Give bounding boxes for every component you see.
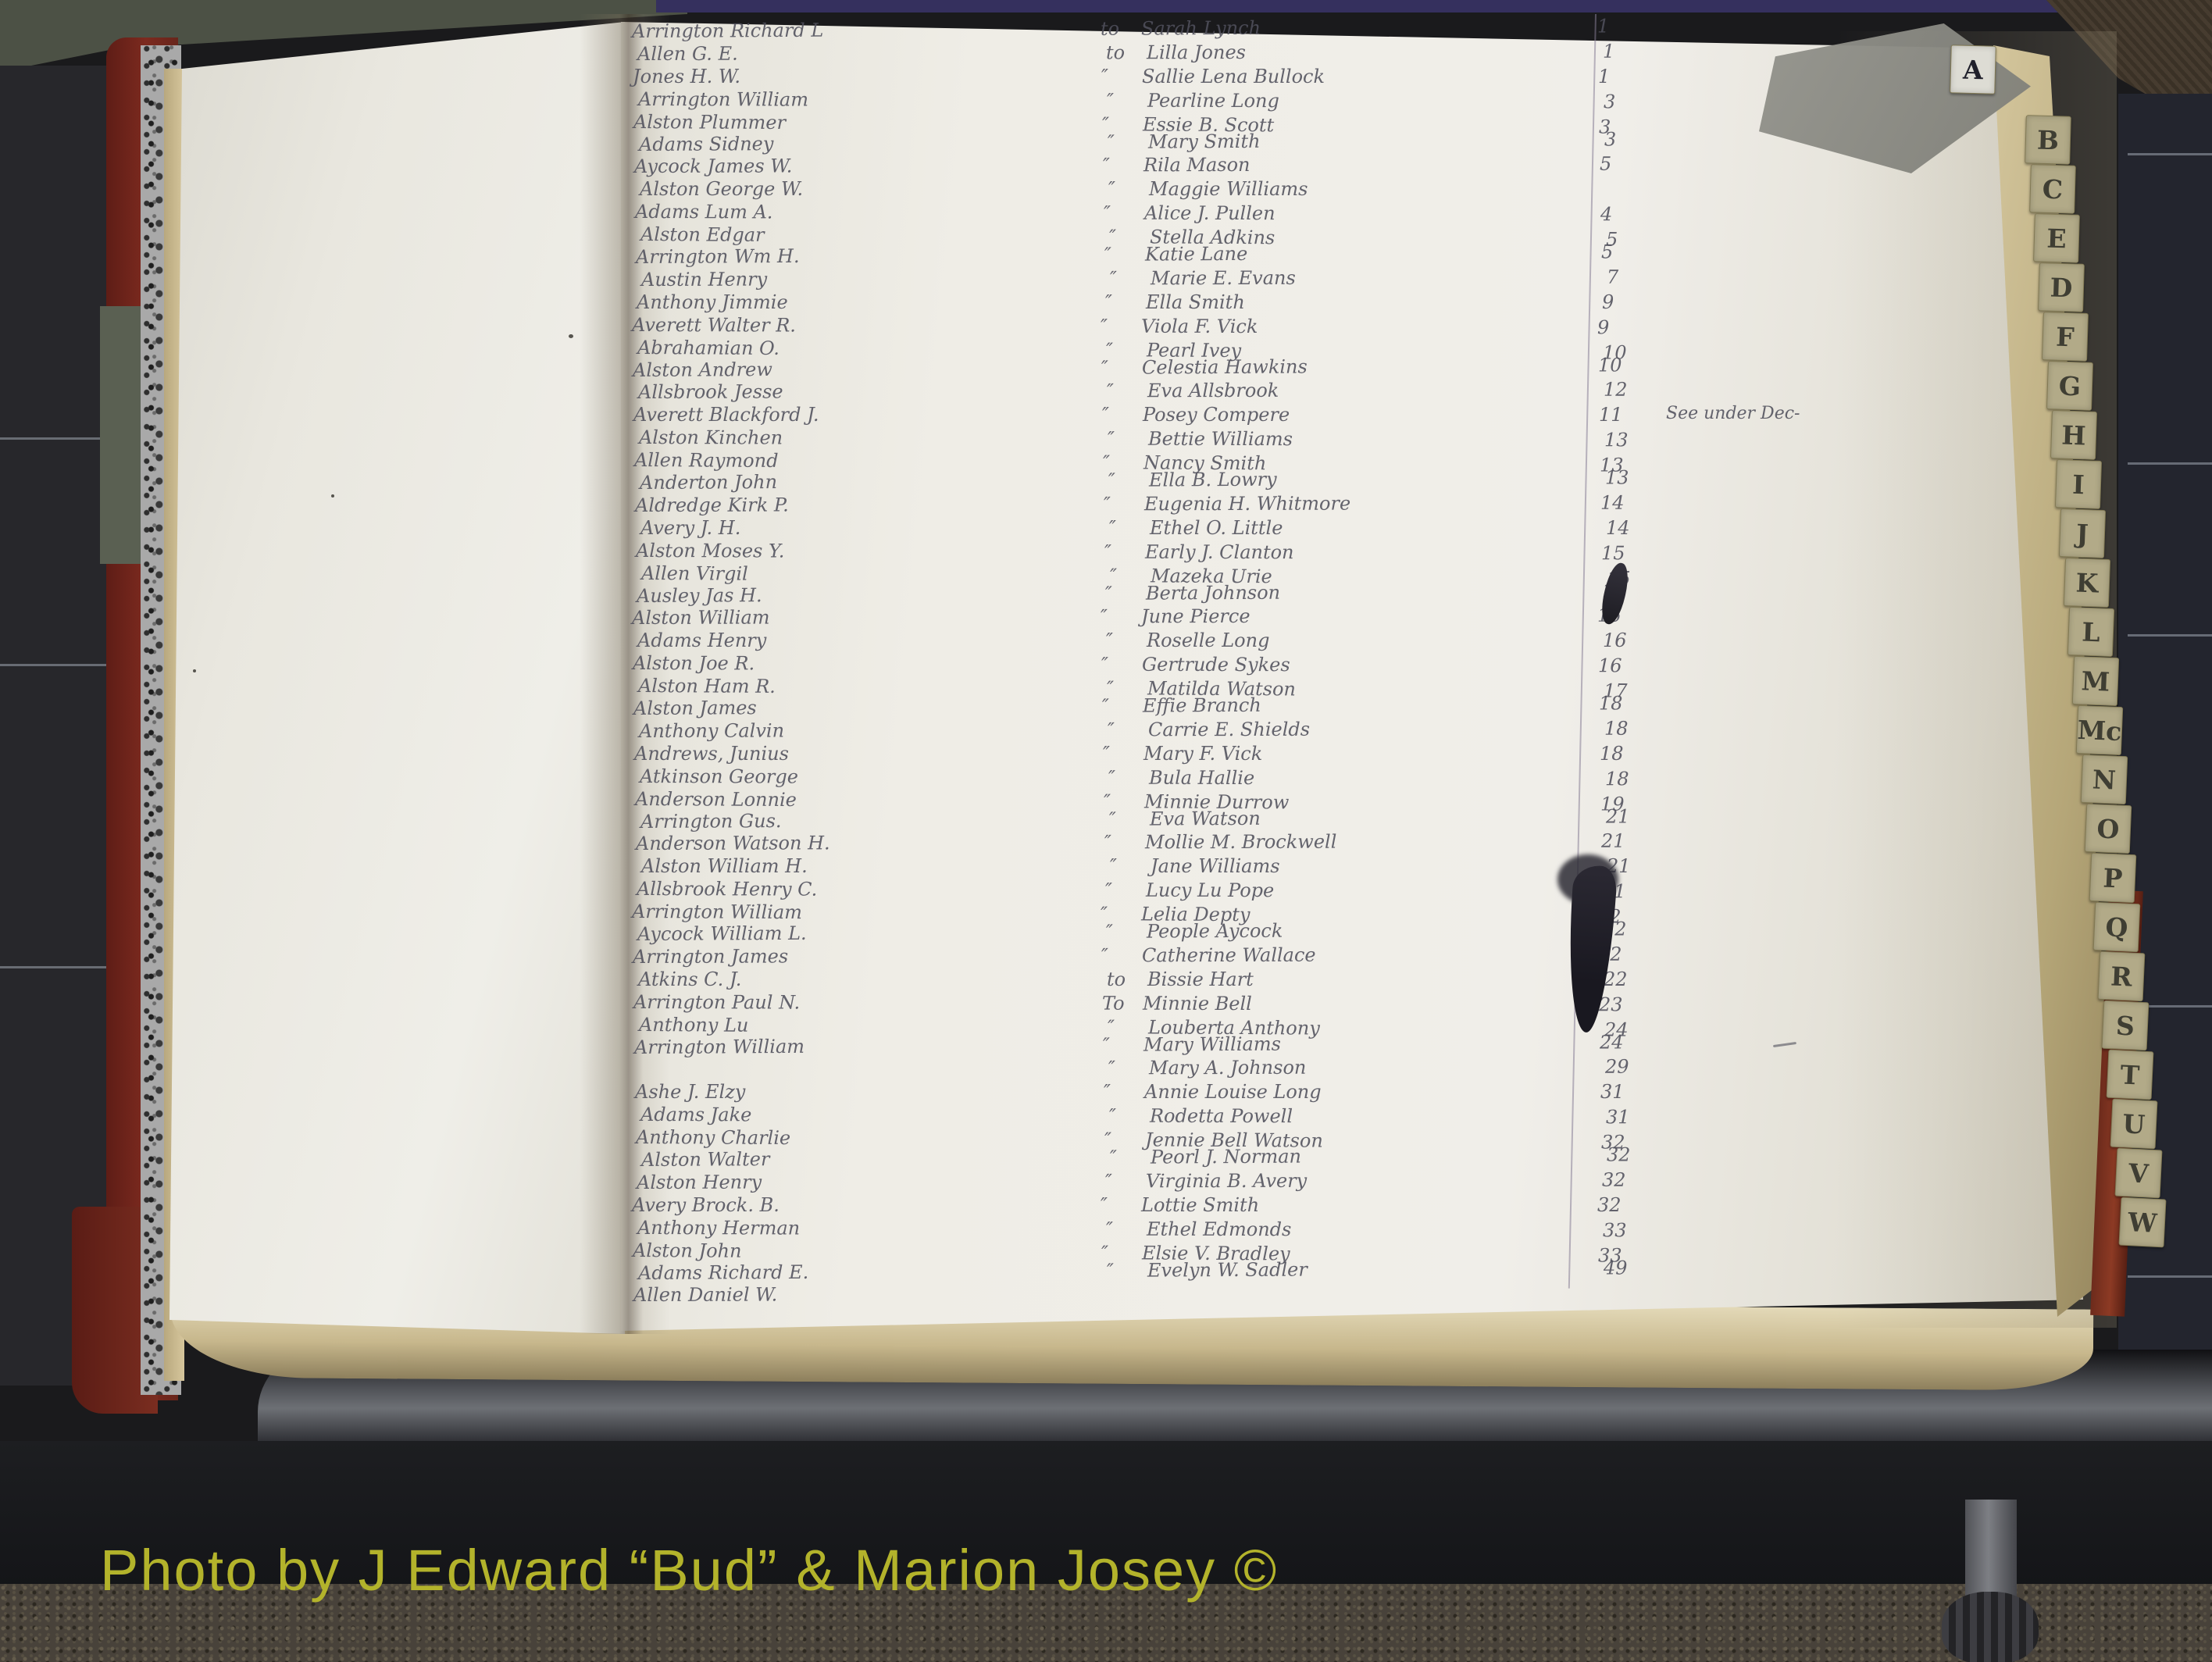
ditto-mark: ″ (1110, 855, 1145, 877)
groom-name: Alston James (633, 695, 1090, 719)
row-note (1671, 91, 2108, 91)
ditto-mark: ″ (1107, 380, 1142, 402)
bride-name: Bula Hallie (1149, 766, 1594, 789)
page-number: 9 (1602, 291, 1664, 313)
page-number: 23 (1599, 993, 1661, 1015)
groom-name: Anderton John (640, 469, 1097, 494)
row-note (1668, 542, 2106, 543)
ditto-mark: ″ (1106, 921, 1141, 943)
row-note (1672, 768, 2110, 769)
bride-name: Lottie Smith (1141, 1194, 1586, 1216)
page-number: 14 (1606, 517, 1668, 539)
ditto-mark: ″ (1104, 832, 1140, 854)
page-number: 4 (1600, 203, 1663, 225)
ditto-mark: ″ (1104, 244, 1140, 266)
bride-name: Posey Compere (1143, 404, 1588, 426)
row-note (1671, 126, 2109, 128)
row-note (1666, 690, 2103, 692)
row-note (1665, 1245, 2103, 1247)
row-note (1667, 1029, 2104, 1031)
page-number: 24 (1600, 1031, 1662, 1053)
groom-name: Averett Walter R. (632, 314, 1089, 337)
bride-name: Carrie E. Shields (1148, 718, 1593, 740)
ditto-mark: ″ (1103, 155, 1138, 177)
ditto-mark: ″ (1102, 404, 1137, 426)
ditto-mark: ″ (1108, 766, 1143, 788)
page-number: 13 (1604, 429, 1667, 451)
bride-name: Mary F. Vick (1143, 743, 1589, 765)
paper-speck (569, 334, 573, 338)
ditto-mark: ″ (1108, 428, 1143, 450)
groom-name: Arrington Gus. (640, 808, 1097, 832)
bride-name: Ethel O. Little (1150, 517, 1595, 539)
row-note (1674, 568, 2111, 570)
row-note (1669, 1168, 2107, 1168)
row-note (1668, 1132, 2106, 1134)
bride-name: Alice J. Pullen (1144, 202, 1589, 225)
page-number: 31 (1600, 1081, 1663, 1103)
ditto-mark: ″ (1106, 1218, 1141, 1239)
page-number: 5 (1600, 153, 1662, 175)
ditto-mark: ″ (1109, 808, 1144, 829)
groom-name: Arrington Wm H. (636, 244, 1093, 268)
bride-name: Virginia B. Avery (1146, 1169, 1591, 1192)
bride-name: Lilla Jones (1147, 41, 1592, 63)
page-number: 15 (1601, 542, 1664, 564)
groom-name: Alston William H. (641, 855, 1098, 877)
row-note (1669, 881, 2107, 882)
bride-name: Celestia Hawkins (1142, 354, 1587, 378)
ditto-mark: to (1107, 968, 1142, 990)
bride-name: Eva Allsbrook (1147, 379, 1593, 401)
ditto-mark: ″ (1101, 944, 1136, 966)
bride-name: Mary Smith (1148, 128, 1593, 152)
row-note (1664, 12, 2102, 15)
ditto-mark: ″ (1108, 178, 1143, 200)
row-note (1671, 1019, 2109, 1022)
panel-slat-line (0, 664, 108, 666)
groom-name: Adams Lum A. (635, 201, 1092, 224)
groom-name: Allsbrook Jesse (638, 380, 1095, 404)
ditto-mark: ″ (1101, 356, 1136, 378)
page-number: 21 (1606, 805, 1668, 827)
groom-name: Arrington Richard L (632, 18, 1089, 42)
book-cover-cloth (100, 306, 141, 564)
groom-name: Aldredge Kirk P. (635, 493, 1092, 516)
panel-slat-line (2128, 153, 2212, 155)
ditto-mark: ″ (1105, 291, 1140, 313)
page-number: 10 (1598, 354, 1661, 376)
row-note (1670, 1219, 2107, 1220)
groom-name: Averett Blackford J. (633, 404, 1090, 426)
bride-name (1143, 1282, 1588, 1282)
row-note (1665, 655, 2103, 656)
groom-name: Alston Joe R. (633, 652, 1090, 676)
page-number: 32 (1602, 1168, 1664, 1190)
panel-slat-line (0, 966, 108, 968)
table-leg (1965, 1500, 2017, 1605)
bride-name: Berta Johnson (1146, 580, 1591, 604)
groom-name: Arrington William (638, 88, 1095, 112)
ditto-mark: ″ (1105, 582, 1140, 604)
ditto-mark: ″ (1110, 1147, 1145, 1168)
row-note (1673, 803, 2110, 805)
row-note (1671, 716, 2109, 717)
row-note: See under Dec- (1666, 404, 2103, 423)
bride-name: Bettie Williams (1148, 428, 1593, 451)
row-note (1670, 342, 2107, 344)
bride-name: Mary Williams (1143, 1031, 1589, 1055)
row-note (1665, 942, 2103, 943)
ditto-mark: ″ (1108, 469, 1143, 491)
bride-name: Effie Branch (1143, 693, 1588, 717)
groom-name: Adams Henry (637, 629, 1094, 651)
wall-top-stripe (656, 0, 2062, 12)
ditto-mark: ″ (1101, 315, 1136, 337)
page-number: 18 (1599, 692, 1661, 714)
groom-name: Ausley Jas H. (637, 582, 1094, 606)
ditto-mark: ″ (1101, 1194, 1136, 1216)
ditto-mark: ″ (1108, 130, 1143, 152)
paper-speck (331, 494, 334, 498)
groom-name: Allsbrook Henry C. (637, 878, 1094, 901)
groom-name: Alston Walter (641, 1147, 1098, 1171)
groom-name: Adams Jake (640, 1104, 1097, 1127)
page-number: 14 (1600, 491, 1663, 513)
ditto-mark: ″ (1101, 66, 1136, 87)
page-number: 13 (1605, 466, 1668, 488)
groom-name: Anthony Herman (637, 1217, 1094, 1240)
bride-name: Gertrude Sykes (1142, 654, 1587, 676)
panel-slat-line (2128, 1275, 2212, 1278)
groom-name: Alston Henry (637, 1170, 1094, 1193)
row-note (1671, 430, 2109, 430)
groom-name: Alston Andrew (633, 356, 1090, 380)
row-note (1671, 1254, 2108, 1257)
row-note (1670, 39, 2107, 40)
bride-name: People Aycock (1147, 918, 1592, 943)
alpha-tab-label: V (2128, 1157, 2149, 1189)
row-note (1664, 906, 2102, 908)
page-number: 3 (1604, 128, 1667, 150)
row-note (1664, 316, 2102, 317)
ditto-mark: ″ (1108, 1057, 1143, 1079)
row-note (1668, 829, 2106, 829)
groom-name: Jones H. W. (633, 66, 1090, 87)
page-number: 18 (1605, 768, 1668, 790)
row-note (1667, 455, 2104, 457)
groom-name: Atkins C. J. (638, 968, 1095, 990)
bride-name: Marie E. Evans (1151, 266, 1596, 289)
panel-slat-line (2128, 462, 2212, 465)
page-number: 21 (1601, 830, 1664, 852)
page-number: 31 (1606, 1106, 1668, 1128)
page-number: 16 (1598, 654, 1661, 676)
page-number: 32 (1597, 1194, 1660, 1216)
row-note (1674, 1141, 2111, 1143)
groom-name: Allen Daniel W. (633, 1283, 1090, 1307)
row-note (1672, 1054, 2110, 1055)
groom-name: Adams Sidney (639, 130, 1096, 155)
ditto-mark: ″ (1106, 629, 1141, 651)
page-number: 29 (1605, 1056, 1668, 1078)
bride-name: Peorl J. Norman (1151, 1144, 1596, 1168)
bride-name: Eugenia H. Whitmore (1144, 492, 1589, 515)
bride-name: Jane Williams (1151, 855, 1596, 877)
groom-name: Avery Brock. B. (632, 1194, 1089, 1216)
groom-name: Austin Henry (641, 267, 1098, 291)
row-note (1674, 265, 2111, 266)
bride-name: Pearline Long (1147, 89, 1593, 112)
row-note (1666, 116, 2103, 119)
row-note (1667, 152, 2104, 152)
page-number: 33 (1603, 1219, 1665, 1241)
bride-name: Sallie Lena Bullock (1142, 66, 1587, 87)
groom-name: Arrington William (634, 1033, 1091, 1057)
ditto-mark: ″ (1101, 606, 1136, 628)
groom-name: Alston William (632, 606, 1089, 629)
left-panel (0, 66, 109, 1386)
groom-name: Alston George W. (640, 178, 1097, 200)
row-note (1673, 1107, 2110, 1107)
ditto-mark: ″ (1109, 517, 1144, 539)
row-note (1668, 794, 2105, 796)
bride-name: Annie Louise Long (1144, 1081, 1589, 1103)
ditto-mark: ″ (1104, 493, 1139, 515)
alpha-tab-V: V (2114, 1148, 2162, 1199)
bride-name: Lucy Lu Pope (1146, 879, 1591, 902)
bride-name: Rodetta Powell (1150, 1105, 1595, 1128)
paper-speck (193, 669, 196, 672)
panel-slat-line (2128, 634, 2212, 637)
ditto-mark: ″ (1108, 719, 1143, 740)
row-note (1671, 377, 2108, 378)
groom-name: Anderson Watson H. (636, 832, 1093, 855)
ditto-mark: ″ (1107, 1259, 1142, 1281)
ditto-mark: to (1106, 41, 1141, 63)
alpha-tab-label: W (2128, 1207, 2158, 1239)
bride-name: Mary A. Johnson (1149, 1056, 1594, 1079)
photographer-watermark: Photo by J Edward “Bud” & Marion Josey © (100, 1537, 1278, 1603)
bride-name: June Pierce (1141, 605, 1586, 627)
bride-name: Catherine Wallace (1142, 943, 1587, 966)
row-note (1668, 490, 2105, 491)
page-number: 9 (1597, 316, 1660, 338)
groom-name: Ashe J. Elzy (635, 1081, 1092, 1103)
bride-name: Early J. Clanton (1145, 540, 1590, 563)
bride-name: Ella Smith (1146, 291, 1591, 313)
page-number: 12 (1604, 379, 1666, 401)
ditto-mark: to (1101, 18, 1136, 40)
ditto-mark: ″ (1103, 1033, 1138, 1055)
groom-name: Alston Moses Y. (636, 540, 1093, 563)
ditto-mark: ″ (1104, 1081, 1139, 1103)
bride-name: Sarah Lynch (1141, 16, 1586, 40)
row-note (1672, 464, 2110, 466)
row-note (1673, 229, 2110, 231)
page-number: 18 (1600, 743, 1662, 765)
ditto-mark: ″ (1101, 654, 1136, 676)
row-note (1670, 915, 2107, 918)
groom-name: Allen G. E. (637, 41, 1094, 65)
ledger-entries: Arrington Richard LtoSarah Lynch1Allen G… (637, 20, 2121, 1321)
bride-name: Minnie Bell (1143, 992, 1588, 1015)
groom-name: Andrews, Junius (634, 743, 1091, 765)
row-note (1664, 603, 2102, 604)
row-note (1665, 351, 2103, 354)
groom-name: Anthony Jimmie (637, 291, 1094, 313)
bride-name: Evelyn W. Sadler (1147, 1257, 1593, 1281)
ditto-mark: ″ (1102, 695, 1137, 717)
alpha-tab-label: U (2122, 1108, 2146, 1140)
page-number: 1 (1597, 15, 1660, 37)
bride-name: Rila Mason (1143, 153, 1589, 176)
ditto-mark: ″ (1110, 267, 1145, 289)
ditto-mark: ″ (1103, 743, 1138, 765)
groom-name: Aycock William L. (637, 921, 1094, 945)
page-number: 1 (1603, 40, 1665, 62)
ditto-mark: ″ (1104, 202, 1139, 224)
panel-slat-line (0, 437, 108, 440)
bride-name: Maggie Williams (1149, 178, 1594, 200)
ditto-mark: ″ (1109, 1105, 1144, 1127)
bride-name: Bissie Hart (1147, 968, 1593, 990)
groom-name: Aycock James W. (634, 155, 1091, 178)
groom-name: Arrington James (633, 944, 1090, 968)
page-number: 16 (1603, 629, 1665, 651)
page-number: 7 (1607, 266, 1669, 287)
ditto-mark: ″ (1105, 1170, 1140, 1192)
alpha-tab-label: T (2119, 1059, 2139, 1090)
bride-name: Eva Watson (1150, 805, 1595, 829)
page-number: 18 (1604, 717, 1667, 739)
groom-name: Anthony Calvin (639, 719, 1096, 742)
page-number: 49 (1604, 1257, 1666, 1279)
bride-name: Viola F. Vick (1141, 315, 1586, 337)
ditto-mark: ″ (1104, 540, 1140, 562)
ditto-mark: ″ (1107, 89, 1142, 111)
groom-name: Arrington Paul N. (633, 991, 1090, 1015)
table-caster-wheel (1942, 1592, 2039, 1662)
page-number: 22 (1604, 968, 1666, 990)
photo-of-ledger-book: ABCEDFGHIJKLMMcNOPQRSTUVW Arrington Rich… (0, 0, 2212, 1662)
alpha-tab-W: W (2118, 1197, 2166, 1248)
row-note (1668, 204, 2105, 205)
row-note (1668, 238, 2106, 241)
page-number: 5 (1601, 241, 1664, 262)
row-note (1669, 577, 2107, 580)
page-number: 11 (1599, 404, 1661, 426)
groom-name: Adams Richard E. (638, 1259, 1095, 1283)
ditto-mark: ″ (1105, 879, 1140, 901)
left-page-blank (168, 17, 625, 1334)
ditto-mark: To (1102, 992, 1137, 1014)
row-note (1671, 680, 2108, 683)
bride-name: Ethel Edmonds (1147, 1218, 1592, 1240)
page-number: 1 (1598, 66, 1661, 87)
page-number: 32 (1607, 1143, 1669, 1165)
bride-name: Ella B. Lowry (1149, 467, 1594, 491)
groom-name: Atkinson George (640, 765, 1097, 789)
bride-name: Katie Lane (1145, 241, 1590, 266)
groom-name: Alston Kinchen (639, 426, 1096, 450)
bride-name: Roselle Long (1147, 629, 1592, 651)
page-number: 3 (1604, 91, 1666, 112)
row-note (1666, 993, 2103, 994)
groom-name: Avery J. H. (640, 517, 1097, 539)
bride-name: Mollie M. Brockwell (1145, 830, 1590, 853)
row-note (1666, 1280, 2103, 1281)
